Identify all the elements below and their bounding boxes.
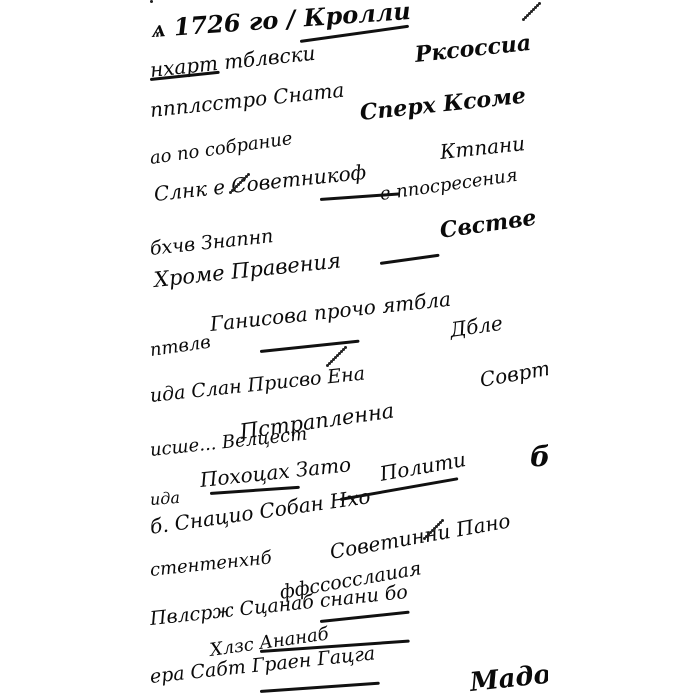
handwritten-line: ида (150, 488, 181, 509)
handwritten-line: Мадо (468, 660, 548, 698)
ink-flourish (320, 611, 410, 623)
handwritten-line: ѧ 1726 го / Кролли (151, 0, 412, 44)
handwritten-line: исше... Велцест (150, 424, 308, 461)
ink-speck (150, 0, 153, 3)
ink-flourish (380, 254, 440, 265)
handwritten-line: бхчв Знапнп (150, 225, 274, 260)
ink-speck (229, 191, 232, 194)
ink-speck (326, 364, 329, 367)
handwritten-line: Советинни Пано (328, 508, 512, 563)
manuscript-page: ѧ 1726 го / Кроллинхарт тблвскиРксоссиап… (150, 0, 548, 700)
handwritten-line: Соврт (478, 356, 548, 392)
handwritten-line: Рксоссиа (414, 30, 533, 68)
handwritten-line: Свстве (438, 205, 538, 244)
handwritten-line: е ппосресения (379, 165, 519, 205)
handwritten-line: птвлв (150, 332, 212, 361)
handwritten-line: Похоцах Зато (199, 452, 352, 492)
ink-speck (423, 537, 426, 540)
ink-flourish (260, 682, 380, 693)
handwritten-line: ппплсстро Сната (150, 78, 345, 122)
handwritten-line: Сперх Ксоме (359, 83, 527, 126)
ink-speck (522, 18, 525, 21)
handwritten-line: стентенхнб (150, 547, 273, 581)
handwritten-line: б (530, 440, 548, 473)
handwritten-line: Ганисова прочо ятбла (209, 287, 452, 336)
handwritten-line: б. Снацио Собан Нхо (150, 484, 372, 539)
handwritten-line: Ктпани (439, 131, 526, 164)
handwritten-line: Дбле (448, 311, 504, 342)
handwritten-line: ао по собрание (150, 128, 294, 169)
handwritten-line: ида Слан Присво Ена (150, 362, 366, 406)
